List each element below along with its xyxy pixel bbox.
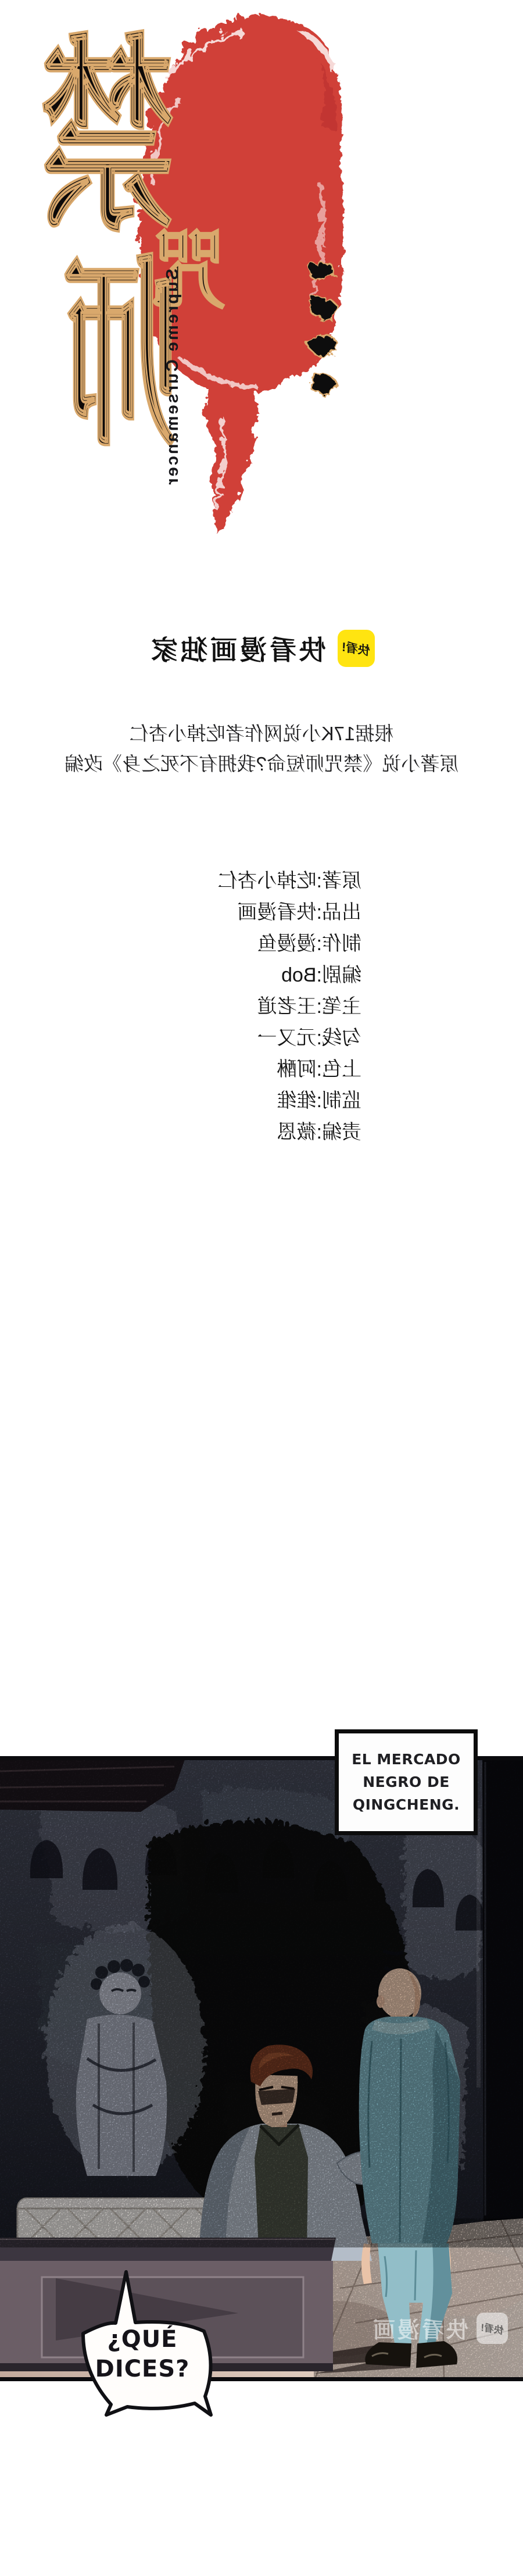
publisher-label: 快看漫画独家 [148,629,326,668]
adaptation-line-2: 原著小说《禁咒师短命?我拥有不死之身》改编 [0,749,523,779]
comic-page: { "page_background": "#ffffff", "logo": … [0,0,523,2576]
credit-row-scriptwriter: 编剧:Bob [163,959,361,991]
credit-row-colorist: 上色:阿醂 [163,1054,361,1085]
kuaikan-watermark: 快看! 快看漫画 [371,2312,508,2344]
watermark-badge: 快看! [477,2313,508,2344]
credit-row-lead-artist: 主笔:王老道 [163,991,361,1022]
adaptation-line-1: 根据17K小说网作者吃掉小杏仁 [0,719,523,749]
kuaikan-logo-badge: 快看! [338,630,375,667]
watermark-badge-text: 快看! [481,2319,504,2337]
credit-row-original-author: 原著:吃掉小杏仁 [163,865,361,897]
watermark-text: 快看漫画 [371,2312,468,2344]
speech-bubble-text: ¿QUÉ DICES? [73,2325,212,2384]
credit-row-producer: 出品:快看漫画 [163,897,361,928]
logo-title-char-3: 师 [63,255,181,458]
caption-text: EL MERCADO NEGRO DE QINGCHENG. [345,1749,468,1816]
adaptation-note: 根据17K小说网作者吃掉小杏仁 原著小说《禁咒师短命?我拥有不死之身》改编 [0,719,523,779]
publisher-row: 快看! 快看漫画独家 [148,628,375,669]
credit-row-editor: 责编:薇恩 [163,1116,361,1148]
credits-list: 原著:吃掉小杏仁 出品:快看漫画 制作:漫漫鱼 编剧:Bob 主笔:王老道 勾线… [163,865,361,1148]
logo-english-title: Supreme Cursemancer [163,269,182,536]
logo-title-char-1: 禁 [41,32,174,243]
credit-row-studio: 制作:漫漫鱼 [163,928,361,959]
credit-row-supervisor: 监制:维维 [163,1085,361,1116]
kuaikan-badge-text: 快看! [342,637,371,659]
caption-box: EL MERCADO NEGRO DE QINGCHENG. [335,1729,478,1835]
credit-row-line-art: 勾线:元又一 [163,1022,361,1054]
